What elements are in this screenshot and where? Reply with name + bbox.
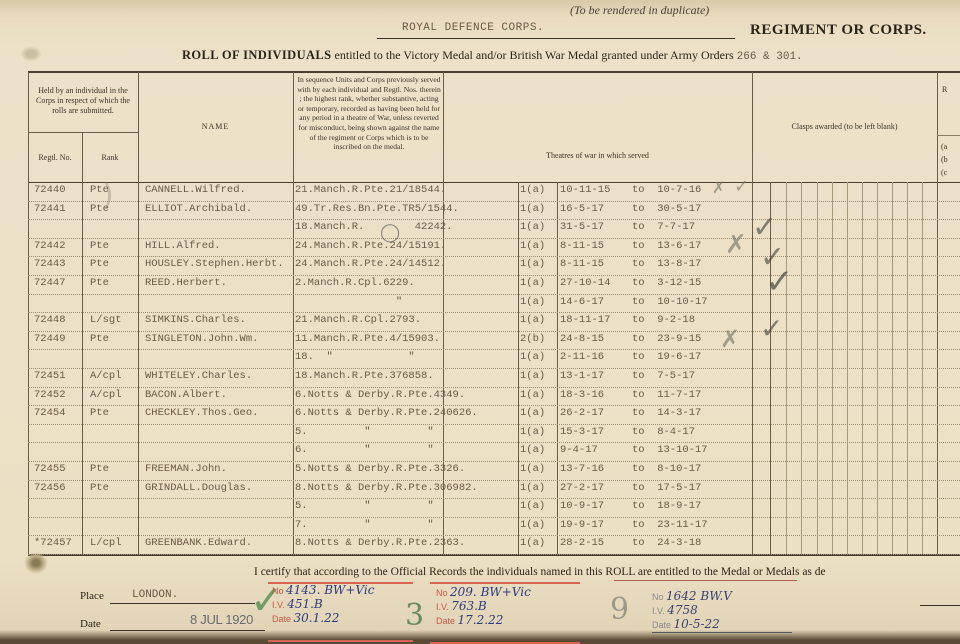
theatre-cell: 1(a) <box>520 463 545 475</box>
regt-no-cell: 72449 <box>34 333 66 345</box>
name-cell: HILL.Alfred. <box>145 240 221 252</box>
unit-cell: 18. " " <box>295 351 415 363</box>
place-value: LONDON. <box>132 589 178 601</box>
table-row: 72454PteCHECKLEY.Thos.Geo.6.Notts & Derb… <box>28 405 960 425</box>
name-cell: BACON.Albert. <box>145 389 227 401</box>
date-label: Date <box>80 618 101 630</box>
stamp-date-label: Date <box>272 614 291 624</box>
table-row: 18. " "1(a)2-11-16to 19-6-17 <box>28 349 960 369</box>
from-date-cell: 14-6-17 <box>560 296 604 308</box>
medal-roll-page: (To be rendered in duplicate) ROYAL DEFE… <box>0 0 960 644</box>
name-cell: CHECKLEY.Thos.Geo. <box>145 407 258 419</box>
theatre-cell: 1(a) <box>520 500 545 512</box>
clasps-header: Clasps awarded (to be left blank) <box>754 122 935 132</box>
pencil-cross-icon: ✗ <box>712 178 725 197</box>
to-date-cell: to 10-10-17 <box>632 296 708 308</box>
theatre-cell: 1(a) <box>520 389 545 401</box>
table-row: 7. " "1(a)19-9-17to 23-11-17 <box>28 517 960 537</box>
stamp-date-label: Date <box>652 620 671 630</box>
table-row: 72456PteGRINDALL.Douglas.8.Notts & Derby… <box>28 480 960 500</box>
to-date-cell: to 23-9-15 <box>632 333 701 345</box>
table-row: 18.Manch.R. 42242.1(a)31-5-17to 7-7-17 <box>28 219 960 239</box>
name-cell: REED.Herbert. <box>145 277 227 289</box>
remarks-divider <box>937 135 960 136</box>
to-date-cell: to 17-5-17 <box>632 482 701 494</box>
regt-no-cell: 72442 <box>34 240 66 252</box>
army-orders: 266 & 301. <box>737 51 803 63</box>
regt-no-cell: 72451 <box>34 370 66 382</box>
stamp-date-value: 30.1.22 <box>294 611 340 625</box>
to-date-cell: to 18-9-17 <box>632 500 701 512</box>
unit-cell: 6.Notts & Derby.R.Pte.4349. <box>295 389 465 401</box>
theatre-cell: 1(a) <box>520 240 545 252</box>
duplicate-note: (To be rendered in duplicate) <box>570 3 709 18</box>
table-row: 72452A/cplBACON.Albert.6.Notts & Derby.R… <box>28 387 960 407</box>
stamp-no-value: 209. BW+Vic <box>450 585 531 599</box>
theatre-cell: 1(a) <box>520 482 545 494</box>
theatre-cell: 1(a) <box>520 426 545 438</box>
regt-no-cell: 72443 <box>34 258 66 270</box>
date-stamp: 8 JUL 1920 <box>190 612 253 627</box>
to-date-cell: to 23-11-17 <box>632 519 708 531</box>
to-date-cell: to 9-2-18 <box>632 314 695 326</box>
rank-cell: Pte <box>90 333 109 345</box>
issue-stamp-2: No 209. BW+Vic I.V. 763.B Date 17.2.22 <box>436 586 531 628</box>
pencil-cross-icon: ✗ <box>725 230 747 260</box>
remarks-sub-a: (a <box>941 140 959 153</box>
pencil-number: 3 <box>405 598 424 633</box>
from-date-cell: 10-9-17 <box>560 500 604 512</box>
unit-cell: 2.Manch.R.Cpl.6229. <box>295 277 415 289</box>
theatre-cell: 1(a) <box>520 277 545 289</box>
to-date-cell: to 10-7-16 <box>632 184 701 196</box>
ink-check-icon: ✓ <box>760 312 783 345</box>
remarks-sub-b: (b <box>941 153 959 166</box>
roll-title-rest: entitled to the Victory Medal and/or Bri… <box>335 48 734 62</box>
issue-stamp-1: No 4143. BW+Vic I.V. 451.B Date 30.1.22 <box>272 584 374 626</box>
unit-cell: 5. " " <box>295 426 434 438</box>
unit-cell: 21.Manch.R.Pte.21/18544. <box>295 184 446 196</box>
stamp-iv-value: 451.B <box>287 597 323 611</box>
from-date-cell: 8-11-15 <box>560 258 604 270</box>
to-date-cell: to 19-6-17 <box>632 351 701 363</box>
unit-cell: 5.Notts & Derby.R.Pte.3326. <box>295 463 465 475</box>
unit-cell: 18.Manch.R.Pte.376858. <box>295 370 434 382</box>
from-date-cell: 8-11-15 <box>560 240 604 252</box>
to-date-cell: to 13-6-17 <box>632 240 701 252</box>
to-date-cell: to 24-3-18 <box>632 537 701 549</box>
rank-cell: A/cpl <box>90 389 122 401</box>
held-by-divider <box>28 132 138 133</box>
table-row: 72455PteFREEMAN.John.5.Notts & Derby.R.P… <box>28 461 960 481</box>
theatre-cell: 1(a) <box>520 296 545 308</box>
from-date-cell: 19-9-17 <box>560 519 604 531</box>
table-row: 5. " "1(a)15-3-17to 8-4-17 <box>28 424 960 444</box>
unit-cell: 49.Tr.Res.Bn.Pte.TR5/1544. <box>295 203 459 215</box>
rank-header: Rank <box>84 153 136 163</box>
unit-cell: 24.Manch.R.Pte.24/14512. <box>295 258 446 270</box>
ink-check-icon: ✓ <box>765 262 794 302</box>
remarks-header: R <box>942 85 958 95</box>
unit-cell: 11.Manch.R.Pte.4/15903. <box>295 333 440 345</box>
stamp-no-label: No <box>652 592 664 602</box>
from-date-cell: 27-2-17 <box>560 482 604 494</box>
stamp-no-value: 4143. BW+Vic <box>286 583 374 597</box>
theatre-cell: 1(a) <box>520 258 545 270</box>
unit-cell: 7. " " <box>295 519 434 531</box>
from-date-cell: 9-4-17 <box>560 444 598 456</box>
regt-no-cell: 72440 <box>34 184 66 196</box>
name-header: NAME <box>140 122 291 132</box>
regt-no-cell: 72456 <box>34 482 66 494</box>
from-date-cell: 31-5-17 <box>560 221 604 233</box>
name-cell: FREEMAN.John. <box>145 463 227 475</box>
regt-no-cell: *72457 <box>34 537 72 549</box>
table-row: 72442PteHILL.Alfred.24.Manch.R.Pte.24/15… <box>28 238 960 258</box>
table-row: 72448L/sgtSIMKINS.Charles.21.Manch.R.Cpl… <box>28 312 960 332</box>
rank-cell: A/cpl <box>90 370 122 382</box>
from-date-cell: 28-2-15 <box>560 537 604 549</box>
stamp-iv-value: 763.B <box>451 599 487 613</box>
stamp-date-value: 10-5-22 <box>674 617 720 631</box>
to-date-cell: to 14-3-17 <box>632 407 701 419</box>
stamp-date-label: Date <box>436 616 455 626</box>
from-date-cell: 24-8-15 <box>560 333 604 345</box>
regt-no-cell: 72441 <box>34 203 66 215</box>
table-row: 72443PteHOUSLEY.Stephen.Herbt.24.Manch.R… <box>28 256 960 276</box>
table-row: 5. " "1(a)10-9-17to 18-9-17 <box>28 498 960 518</box>
to-date-cell: to 13-10-17 <box>632 444 708 456</box>
theatre-cell: 1(a) <box>520 537 545 549</box>
stamp-no-value: 1642 BW.V <box>666 589 732 603</box>
roll-title: ROLL OF INDIVIDUALS entitled to the Vict… <box>182 48 803 63</box>
to-date-cell: to 3-12-15 <box>632 277 701 289</box>
roll-title-bold: ROLL OF INDIVIDUALS <box>182 48 332 62</box>
from-date-cell: 27-10-14 <box>560 277 610 289</box>
stamp-no-label: No <box>272 586 284 596</box>
from-date-cell: 15-3-17 <box>560 426 604 438</box>
unit-cell: 6. " " <box>295 444 434 456</box>
unit-cell: 24.Manch.R.Pte.24/15191. <box>295 240 446 252</box>
unit-cell: 6.Notts & Derby.R.Pte.240626. <box>295 407 478 419</box>
place-label: Place <box>80 590 104 602</box>
pencil-check-icon: ✓ <box>734 176 749 197</box>
table-row: 72449PteSINGLETON.John.Wm.11.Manch.R.Pte… <box>28 331 960 351</box>
from-date-cell: 10-11-15 <box>560 184 610 196</box>
theatre-cell: 1(a) <box>520 370 545 382</box>
name-cell: WHITELEY.Charles. <box>145 370 252 382</box>
units-header: In sequence Units and Corps previously s… <box>297 75 441 152</box>
table-row: 72451A/cplWHITELEY.Charles.18.Manch.R.Pt… <box>28 368 960 388</box>
from-date-cell: 26-2-17 <box>560 407 604 419</box>
unit-cell: 8.Notts & Derby.R.Pte.2363. <box>295 537 465 549</box>
theatre-cell: 2(b) <box>520 333 545 345</box>
stamp-date-value: 17.2.22 <box>458 613 504 627</box>
theatre-cell: 1(a) <box>520 519 545 531</box>
stamp-3-underline <box>652 632 792 633</box>
held-by-header: Held by an individual in the Corps in re… <box>30 86 136 116</box>
rank-cell: Pte <box>90 277 109 289</box>
table-row: 6. " "1(a)9-4-17to 13-10-17 <box>28 442 960 462</box>
name-cell: SIMKINS.Charles. <box>145 314 246 326</box>
stamp-iv-label: I.V. <box>436 602 449 612</box>
from-date-cell: 16-5-17 <box>560 203 604 215</box>
theatre-cell: 1(a) <box>520 203 545 215</box>
name-cell: GREENBANK.Edward. <box>145 537 252 549</box>
theatre-cell: 1(a) <box>520 351 545 363</box>
pencil-number: 9 <box>610 592 629 627</box>
from-date-cell: 13-1-17 <box>560 370 604 382</box>
regiment-label: REGIMENT OR CORPS. <box>750 22 927 39</box>
theatre-cell: 1(a) <box>520 444 545 456</box>
unit-cell: 5. " " <box>295 500 434 512</box>
rank-cell: Pte <box>90 463 109 475</box>
rank-cell: L/sgt <box>90 314 122 326</box>
table-top-border <box>28 71 960 73</box>
signature-line <box>920 605 960 606</box>
regt-no-header: Regtl. No. <box>30 153 80 163</box>
to-date-cell: to 8-4-17 <box>632 426 695 438</box>
table-row: "1(a)14-6-17to 10-10-17 <box>28 294 960 314</box>
rank-cell: Pte <box>90 407 109 419</box>
theatre-cell: 1(a) <box>520 184 545 196</box>
name-cell: HOUSLEY.Stephen.Herbt. <box>145 258 284 270</box>
stamp-iv-value: 4758 <box>667 603 698 617</box>
issue-stamp-3: No 1642 BW.V I.V. 4758 Date 10-5-22 <box>652 590 732 632</box>
place-line <box>110 603 255 604</box>
tack-mark-icon <box>20 46 42 62</box>
rank-cell: L/cpl <box>90 537 122 549</box>
stamp-iv-label: I.V. <box>272 600 285 610</box>
from-date-cell: 2-11-16 <box>560 351 604 363</box>
table-row: 72440PteCANNELL.Wilfred.21.Manch.R.Pte.2… <box>28 182 960 202</box>
name-cell: CANNELL.Wilfred. <box>145 184 246 196</box>
theatre-cell: 1(a) <box>520 314 545 326</box>
certify-underline <box>614 580 797 581</box>
from-date-cell: 18-11-17 <box>560 314 610 326</box>
to-date-cell: to 11-7-17 <box>632 389 701 401</box>
table-row: 72441PteELLIOT.Archibald.49.Tr.Res.Bn.Pt… <box>28 201 960 221</box>
theatre-cell: 1(a) <box>520 407 545 419</box>
from-date-cell: 13-7-16 <box>560 463 604 475</box>
theatres-header: Theatres of war in which served <box>445 151 750 161</box>
corps-name: ROYAL DEFENCE CORPS. <box>402 22 544 34</box>
to-date-cell: to 7-5-17 <box>632 370 695 382</box>
name-cell: ELLIOT.Archibald. <box>145 203 252 215</box>
pencil-circle-mark-icon: ◯ <box>380 222 400 243</box>
remarks-sub-c: (c <box>941 166 959 179</box>
name-cell: SINGLETON.John.Wm. <box>145 333 258 345</box>
tack-mark-icon <box>24 552 48 574</box>
stamp-iv-label: I.V. <box>652 606 665 616</box>
date-line <box>110 630 265 631</box>
regt-no-cell: 72454 <box>34 407 66 419</box>
theatre-cell: 1(a) <box>520 221 545 233</box>
unit-cell: 18.Manch.R. 42242. <box>295 221 453 233</box>
regt-no-cell: 72447 <box>34 277 66 289</box>
unit-cell: 21.Manch.R.Cpl.2793. <box>295 314 421 326</box>
rank-cell: Pte <box>90 482 109 494</box>
pencil-bracket-mark: ) <box>102 178 114 213</box>
regt-no-cell: 72452 <box>34 389 66 401</box>
to-date-cell: to 8-10-17 <box>632 463 701 475</box>
regt-no-cell: 72455 <box>34 463 66 475</box>
table-row: *72457L/cplGREENBANK.Edward.8.Notts & De… <box>28 535 960 555</box>
name-cell: GRINDALL.Douglas. <box>145 482 252 494</box>
pencil-cross-icon: ✗ <box>720 325 740 353</box>
regt-no-cell: 72448 <box>34 314 66 326</box>
to-date-cell: to 7-7-17 <box>632 221 695 233</box>
table-row: 72447PteREED.Herbert.2.Manch.R.Cpl.6229.… <box>28 275 960 295</box>
unit-cell: " <box>295 296 402 308</box>
from-date-cell: 18-3-16 <box>560 389 604 401</box>
to-date-cell: to 30-5-17 <box>632 203 701 215</box>
to-date-cell: to 13-8-17 <box>632 258 701 270</box>
certification-text: I certify that according to the Official… <box>254 566 826 578</box>
stamp-no-label: No <box>436 588 448 598</box>
rank-cell: Pte <box>90 258 109 270</box>
unit-cell: 8.Notts & Derby.R.Pte.306982. <box>295 482 478 494</box>
rank-cell: Pte <box>90 240 109 252</box>
